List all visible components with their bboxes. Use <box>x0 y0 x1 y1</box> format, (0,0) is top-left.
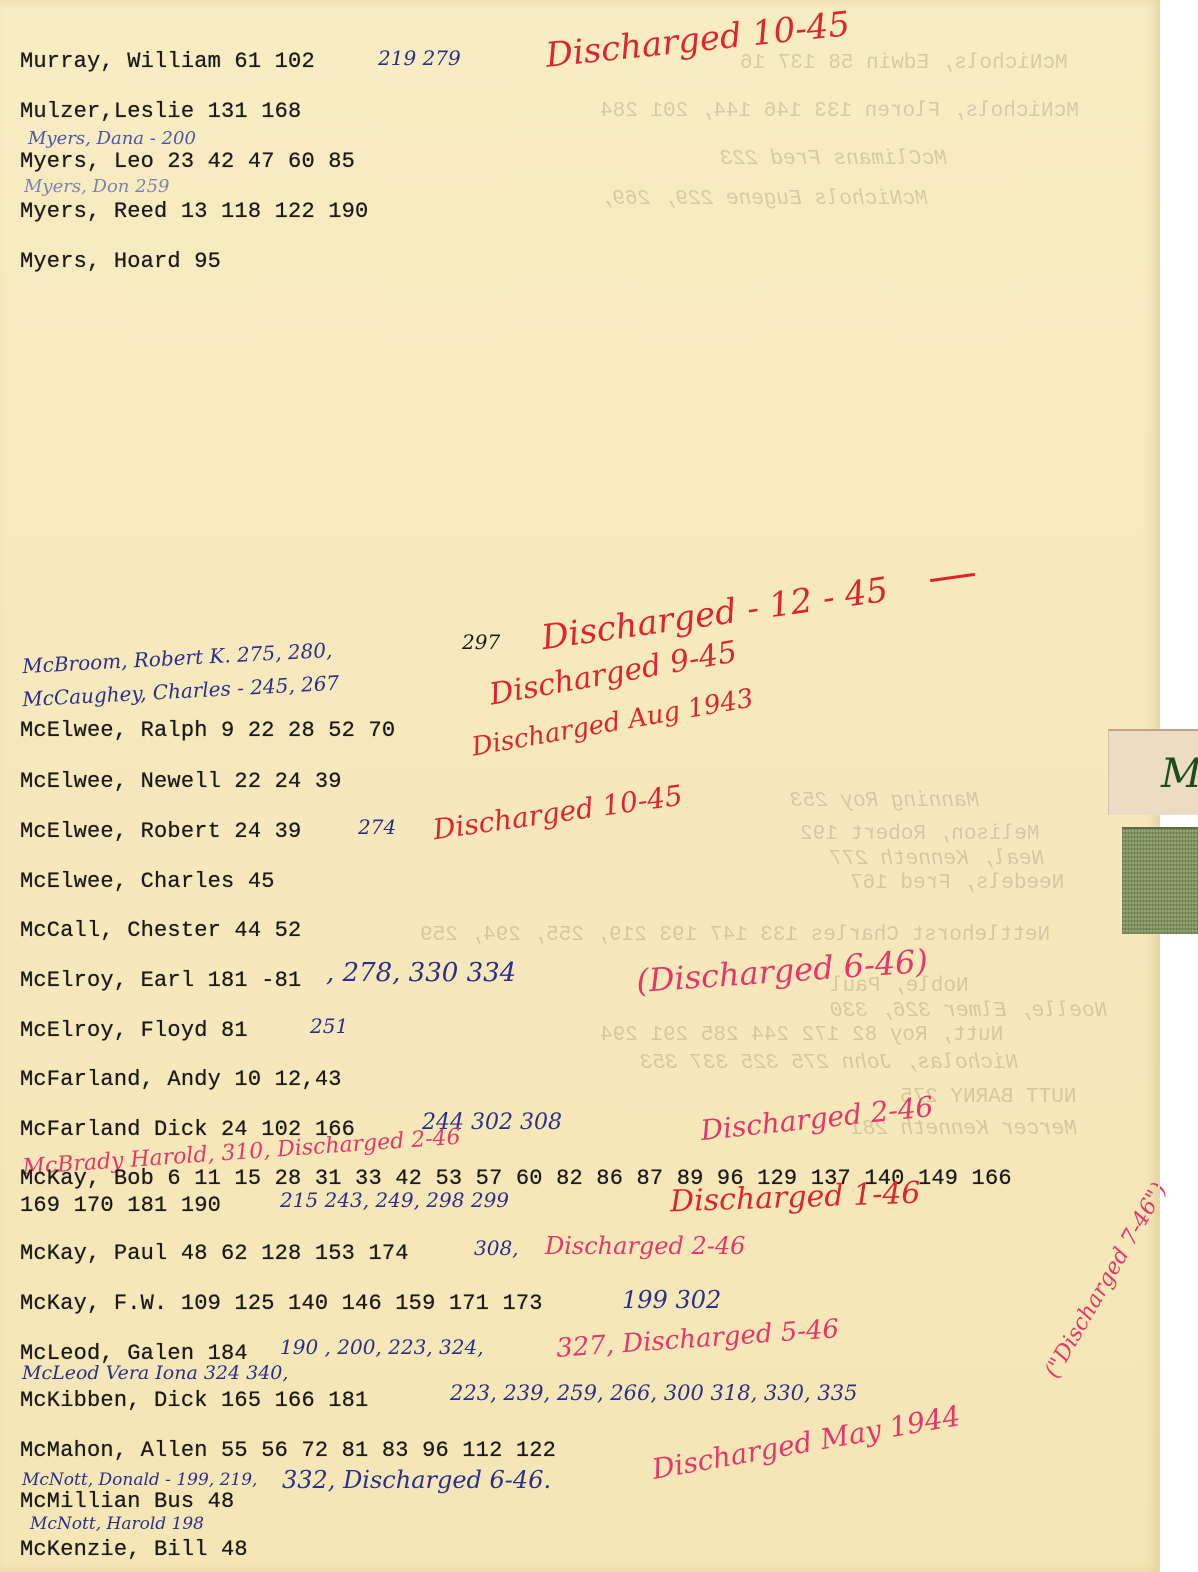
document-page: McNichols, Edwin 58 137 16 McNichols, Fl… <box>0 0 1160 1572</box>
bleed-through-text: McNichols, Floren 133 146 144, 201 284 <box>600 100 1079 123</box>
roster-entry: McKibben, Dick 165 166 181 <box>20 1388 368 1413</box>
roster-entry: McElwee, Newell 22 24 39 <box>20 769 342 794</box>
handwritten-numbers: 190 , 200, 223, 324, <box>280 1335 484 1359</box>
roster-entry: McFarland, Andy 10 12,43 <box>20 1067 342 1092</box>
roster-entry: Myers, Hoard 95 <box>20 249 221 274</box>
handwritten-numbers: 219 279 <box>378 46 461 70</box>
roster-entry: Myers, Reed 13 118 122 190 <box>20 199 368 224</box>
handwritten-entry: McLeod Vera Iona 324 340, <box>22 1362 288 1384</box>
handwritten-entry: Myers, Don 259 <box>24 176 169 197</box>
roster-entry: Murray, William 61 102 <box>20 49 315 74</box>
bleed-through-text: Neal, Kenneth 277 <box>830 848 1044 871</box>
roster-entry: McKay, Paul 48 62 128 153 174 <box>20 1241 409 1266</box>
handwritten-entry: McBroom, Robert K. 275, 280, <box>22 638 333 678</box>
handwritten-number: 297 <box>462 630 500 654</box>
roster-entry: McElroy, Floyd 81 <box>20 1018 248 1043</box>
bleed-through-text: Manning Roy 253 <box>790 790 979 813</box>
bleed-through-text: Needels, Fred 167 <box>850 872 1064 895</box>
roster-entry: 169 170 181 190 <box>20 1193 221 1218</box>
roster-entry: McMahon, Allen 55 56 72 81 83 96 112 122 <box>20 1438 556 1463</box>
bleed-through-text: Melison, Robert 192 <box>800 823 1039 846</box>
roster-entry: McKay, F.W. 109 125 140 146 159 171 173 <box>20 1291 543 1316</box>
discharge-note: Discharged 10-45 <box>431 779 685 847</box>
handwritten-entry: McNott, Harold 198 <box>30 1514 204 1534</box>
handwritten-entry: McCaughey, Charles - 245, 267 <box>22 671 340 712</box>
index-tab-m[interactable]: M <box>1108 729 1198 815</box>
bleed-through-text: McClimans Fred 223 <box>720 148 947 171</box>
handwritten-numbers: 199 302 <box>622 1286 721 1314</box>
discharge-note: Discharged 2-46 <box>545 1232 745 1260</box>
roster-entry: Myers, Leo 23 42 47 60 85 <box>20 149 355 174</box>
bleed-through-text: Nettlehorst Charles 133 147 193 219, 255… <box>420 924 1050 947</box>
bleed-through-text: McNichols Eugene 229, 269, <box>600 188 928 211</box>
discharge-note: ("Discharged 7-46") <box>1040 1179 1172 1383</box>
discharge-note: 327, Discharged 5-46 <box>555 1314 840 1364</box>
handwritten-entry: Myers, Dana - 200 <box>28 128 196 149</box>
handwritten-numbers: 223, 239, 259, 266, 300 318, 330, 335 <box>450 1381 857 1405</box>
bleed-through-text: McNichols, Edwin 58 137 16 <box>740 52 1068 75</box>
roster-entry: McKenzie, Bill 48 <box>20 1537 248 1562</box>
handwritten-number: 308, <box>474 1236 519 1260</box>
roster-entry: McCall, Chester 44 52 <box>20 918 301 943</box>
handwritten-number: 251 <box>310 1014 348 1038</box>
roster-entry: McElroy, Earl 181 -81 <box>20 968 301 993</box>
handwritten-numbers: 215 243, 249, 298 299 <box>280 1188 509 1212</box>
discharge-note: Discharged May 1944 <box>650 1399 963 1486</box>
roster-entry: McElwee, Ralph 9 22 28 52 70 <box>20 718 395 743</box>
handwritten-numbers: , 278, 330 334 <box>326 958 516 988</box>
handwritten-entry: 332, Discharged 6-46. <box>282 1466 551 1494</box>
handwritten-entry: McNott, Donald - 199, 219, <box>22 1470 257 1490</box>
index-tab-letter: M <box>1161 751 1198 797</box>
green-index-tab <box>1122 827 1198 934</box>
bleed-through-text: Noelle, Elmer 326, 330 <box>830 1000 1107 1023</box>
roster-entry: Mulzer,Leslie 131 168 <box>20 99 301 124</box>
discharge-note: Discharged 1-46 <box>669 1176 921 1220</box>
roster-entry: McElwee, Charles 45 <box>20 869 275 894</box>
bleed-through-text: Nicholas, John 275 325 337 353 <box>640 1052 1018 1075</box>
roster-entry: McMillian Bus 48 <box>20 1489 234 1514</box>
handwritten-number: 274 <box>358 815 396 839</box>
roster-entry: McElwee, Robert 24 39 <box>20 819 301 844</box>
bleed-through-text: Nutt, Roy 82 172 244 285 291 294 <box>600 1024 1003 1047</box>
red-underline-mark <box>930 573 975 582</box>
